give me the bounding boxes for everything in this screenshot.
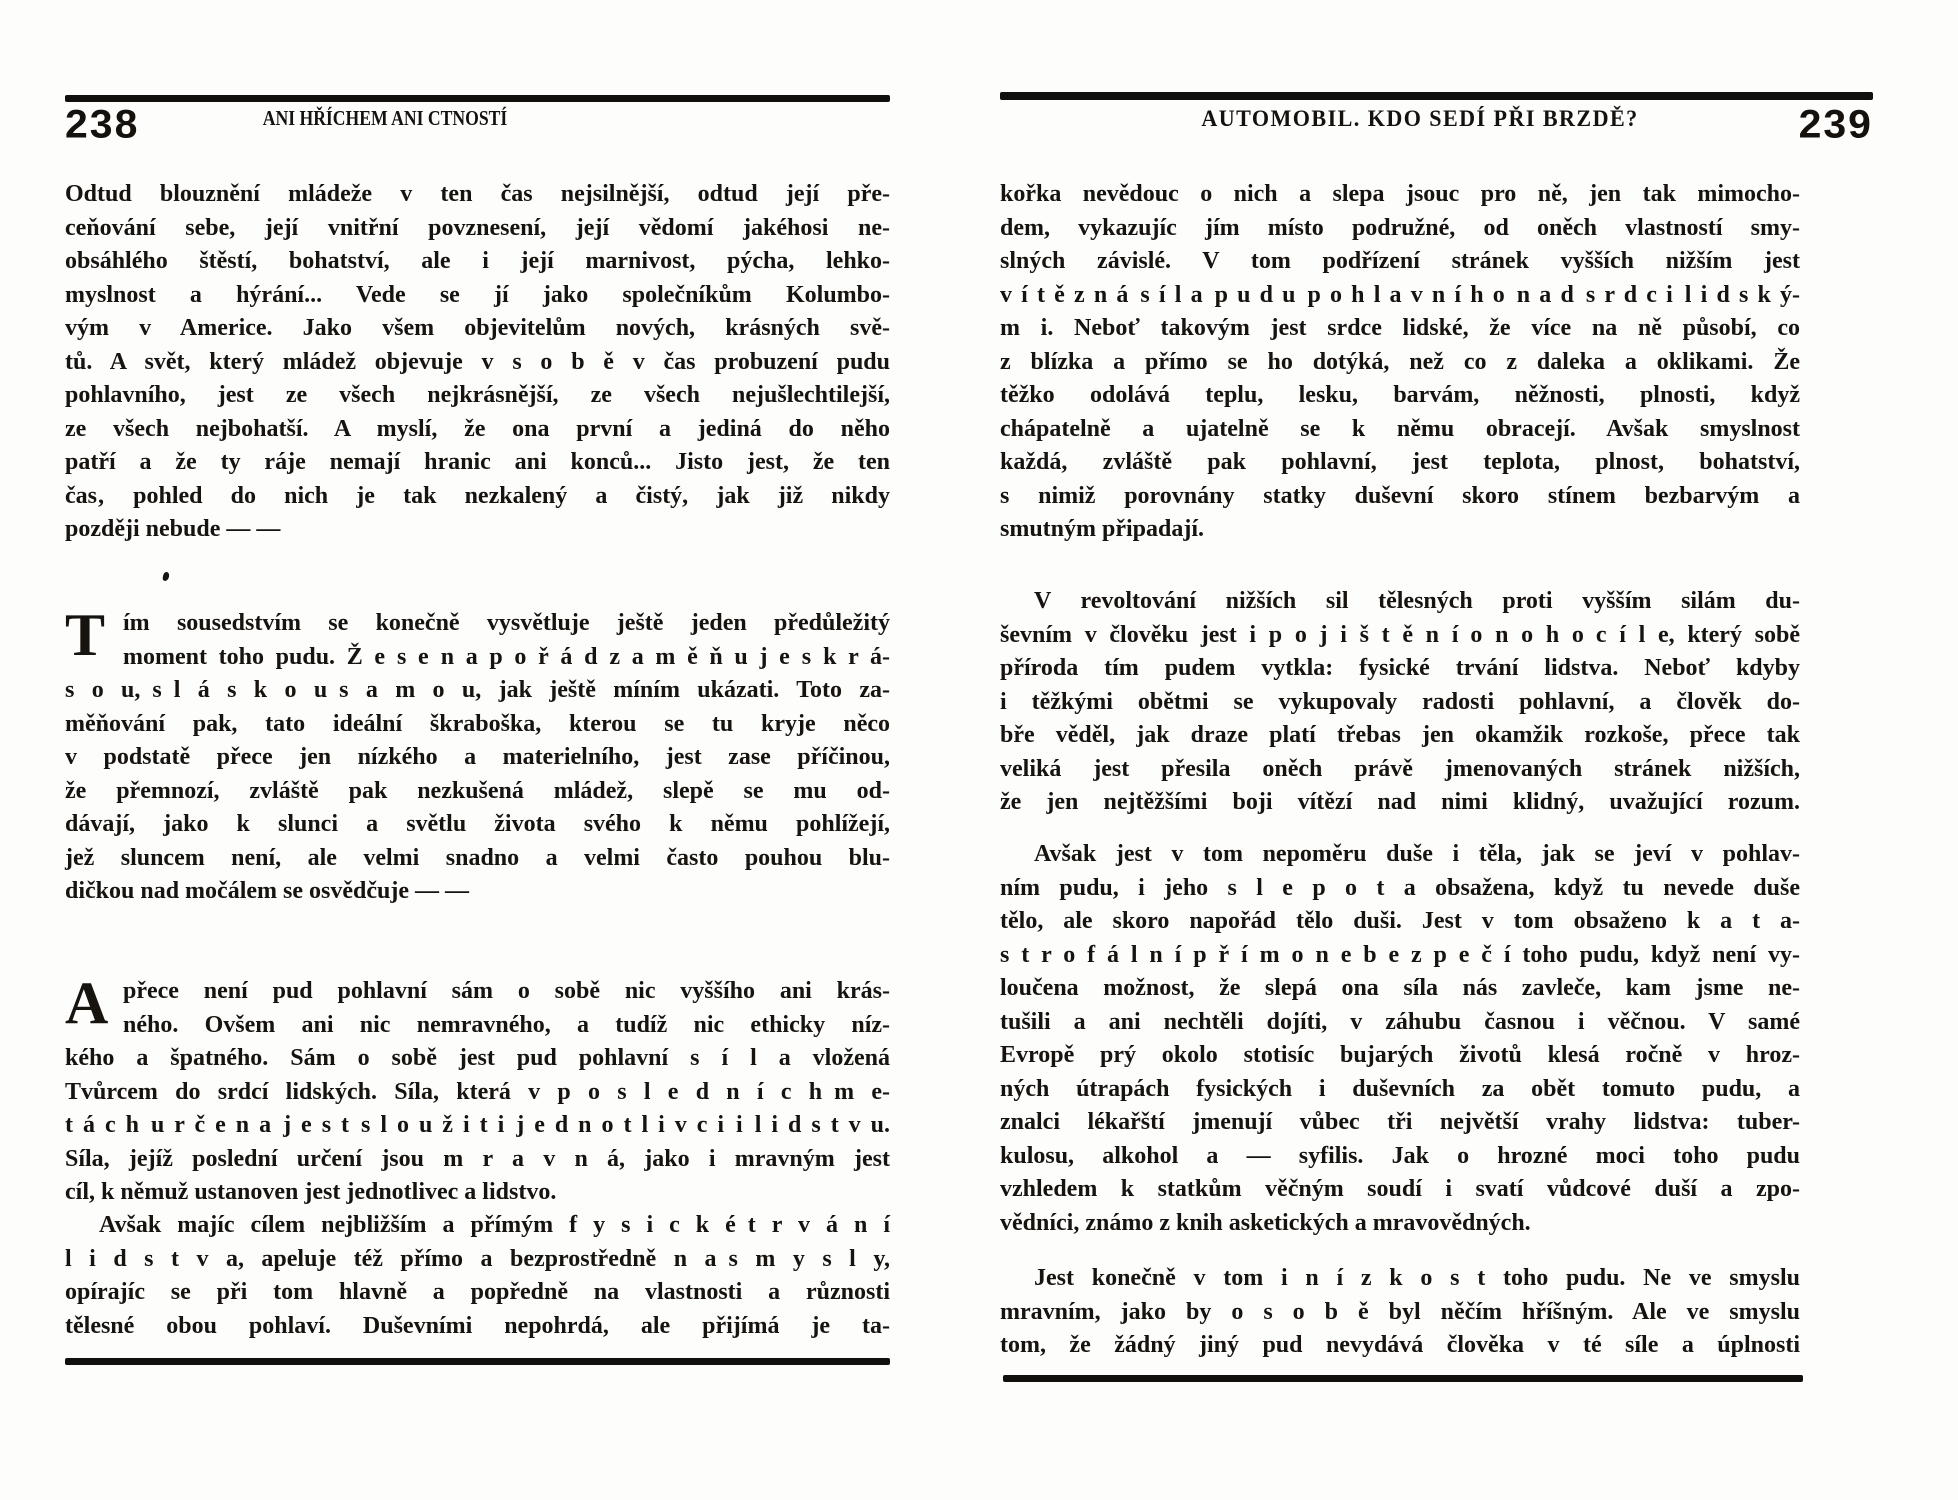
text-line: Avšak majíc cílem nejbližším a přímým f … xyxy=(65,1209,890,1243)
text-line: vzhledem k statkům věčným soudí i svatí … xyxy=(1000,1173,1800,1207)
text-line: přece není pud pohlavní sám o sobě nic v… xyxy=(65,975,890,1009)
text-line: cíl, k němuž ustanoven jest jednotlivec … xyxy=(65,1176,890,1210)
dropcap-letter: T xyxy=(65,604,105,666)
right-page-body: kořka nevědouc o nich a slepa jsouc pro … xyxy=(1000,0,1800,1500)
text-line: vým v Americe. Jako všem objevitelům nov… xyxy=(65,312,890,346)
text-line: Tvůrcem do srdcí lidských. Síla, která v… xyxy=(65,1076,890,1110)
text-line: kořka nevědouc o nich a slepa jsouc pro … xyxy=(1000,178,1800,212)
text-line: v podstatě přece jen nízkého a materieln… xyxy=(65,741,890,775)
text-line: i těžkými obětmi se vykupovaly radosti p… xyxy=(1000,686,1800,720)
paragraph: Tím sousedstvím se konečně vysvětluje je… xyxy=(65,607,890,909)
text-line: mravním, jako by o s o b ě byl něčím hří… xyxy=(1000,1296,1800,1330)
footer-rule-right xyxy=(1003,1375,1803,1382)
text-line: znalci lékařští jmenují vůbec tři největ… xyxy=(1000,1106,1800,1140)
text-line: s nimiž porovnány statky duševní skoro s… xyxy=(1000,480,1800,514)
page-left: 238 ANI HŘÍCHEM ANI CTNOSTÍ Odtud blouzn… xyxy=(65,0,890,1500)
text-line: pohlavního, jest ze všech nejkrásnější, … xyxy=(65,379,890,413)
page-right: AUTOMOBIL. KDO SEDÍ PŘI BRZDĚ? 239 kořka… xyxy=(1000,0,1873,1500)
text-line: patří a že ty ráje nemají hranic ani kon… xyxy=(65,446,890,480)
text-line: v í t ě z n á s í l a p u d u p o h l a … xyxy=(1000,279,1800,313)
text-line: opírajíc se při tom hlavně a popředně na… xyxy=(65,1276,890,1310)
text-line: tělesné obou pohlaví. Duševními nepohrdá… xyxy=(65,1310,890,1344)
paragraph: kořka nevědouc o nich a slepa jsouc pro … xyxy=(1000,178,1800,547)
text-line: veliká jest přesila oněch právě jmenovan… xyxy=(1000,753,1800,787)
text-line: tom, že žádný jiný pud nevydává člověka … xyxy=(1000,1329,1800,1363)
text-line: l i d s t v a, apeluje též přímo a bezpr… xyxy=(65,1243,890,1277)
text-line: Jest konečně v tom i n í z k o s t toho … xyxy=(1000,1262,1800,1296)
paragraph: V revoltování nižších sil tělesných prot… xyxy=(1000,585,1800,820)
text-line: tělo, ale skoro napořád tělo duši. Jest … xyxy=(1000,905,1800,939)
text-line: s o u, s l á s k o u s a m o u, jak ješt… xyxy=(65,674,890,708)
text-line: každá, zvláště pak pohlavní, jest teplot… xyxy=(1000,446,1800,480)
text-line: myslnost a hýrání... Vede se jí jako spo… xyxy=(65,279,890,313)
text-line: moment toho pudu. Ž e s e n a p o ř á d … xyxy=(65,641,890,675)
text-line: Síla, jejíž poslední určení jsou m r a v… xyxy=(65,1143,890,1177)
text-line: vědníci, známo z knih asketických a mrav… xyxy=(1000,1207,1800,1241)
text-line: slných závislé. V tom podřízení stránek … xyxy=(1000,245,1800,279)
text-line: dem, vykazujíc jím místo podružné, od on… xyxy=(1000,212,1800,246)
text-line: loučena možnost, že slepá ona síla nás z… xyxy=(1000,972,1800,1006)
text-line: měňování pak, tato ideální škraboška, kt… xyxy=(65,708,890,742)
book-spread: 238 ANI HŘÍCHEM ANI CTNOSTÍ Odtud blouzn… xyxy=(0,0,1958,1500)
paragraph: Odtud blouznění mládeže v ten čas nejsil… xyxy=(65,178,890,547)
dropcap-letter: A xyxy=(65,972,108,1034)
text-line: dičkou nad močálem se osvědčuje — — xyxy=(65,875,890,909)
text-line: tů. A svět, který mládež objevuje v s o … xyxy=(65,346,890,380)
text-line: tušili a ani nechtěli dojíti, v záhubu č… xyxy=(1000,1006,1800,1040)
text-line: ze všech nejbohatší. A myslí, že ona prv… xyxy=(65,413,890,447)
text-line: ím sousedstvím se konečně vysvětluje ješ… xyxy=(65,607,890,641)
text-line: Evropě prý okolo stotisíc bujarých život… xyxy=(1000,1039,1800,1073)
paragraph: Jest konečně v tom i n í z k o s t toho … xyxy=(1000,1262,1800,1363)
paragraph: Apřece není pud pohlavní sám o sobě nic … xyxy=(65,975,890,1210)
text-line: kulosu, alkohol a — syfilis. Jak o hrozn… xyxy=(1000,1140,1800,1174)
text-line: t á c h u r č e n a j e s t s l o u ž i … xyxy=(65,1109,890,1143)
text-line: ných útrapách fysických i duševních za o… xyxy=(1000,1073,1800,1107)
left-page-body: Odtud blouznění mládeže v ten čas nejsil… xyxy=(65,0,890,1500)
text-line: ním pudu, i jeho s l e p o t a obsažena,… xyxy=(1000,872,1800,906)
text-line: s t r o f á l n í p ř í m o n e b e z p … xyxy=(1000,939,1800,973)
text-line: bře věděl, jak draze platí třebas jen ok… xyxy=(1000,719,1800,753)
text-line: z blízka a přímo se ho dotýká, než co z … xyxy=(1000,346,1800,380)
paragraph: Avšak majíc cílem nejbližším a přímým f … xyxy=(65,1209,890,1343)
text-line: jež sluncem není, ale velmi snadno a vel… xyxy=(65,842,890,876)
text-line: dávají, jako k slunci a světlu života sv… xyxy=(65,808,890,842)
text-line: že přemnozí, zvláště pak nezkušená mláde… xyxy=(65,775,890,809)
text-line: příroda tím pudem vytkla: fysické trvání… xyxy=(1000,652,1800,686)
text-line: Avšak jest v tom nepoměru duše i těla, j… xyxy=(1000,838,1800,872)
text-line: Odtud blouznění mládeže v ten čas nejsil… xyxy=(65,178,890,212)
paragraph: Avšak jest v tom nepoměru duše i těla, j… xyxy=(1000,838,1800,1240)
text-line: ševním v člověku jest i p o j i š t ě n … xyxy=(1000,619,1800,653)
text-line: těžko odolává teplu, lesku, barvám, něžn… xyxy=(1000,379,1800,413)
text-line: V revoltování nižších sil tělesných prot… xyxy=(1000,585,1800,619)
text-line: kého a špatného. Sám o sobě jest pud poh… xyxy=(65,1042,890,1076)
text-line: ného. Ovšem ani nic nemravného, a tudíž … xyxy=(65,1009,890,1043)
text-line: chápatelně a ujatelně se k němu obracejí… xyxy=(1000,413,1800,447)
footer-rule-left xyxy=(65,1358,890,1365)
text-line: obsáhlého štěstí, bohatství, ale i její … xyxy=(65,245,890,279)
text-line: smutným připadají. xyxy=(1000,513,1800,547)
text-line: ceňování sebe, její vnitřní povznesení, … xyxy=(65,212,890,246)
text-line: m i. Neboť takovým jest srdce lidské, že… xyxy=(1000,312,1800,346)
text-line: později nebude — — xyxy=(65,513,890,547)
text-line: že jen nejtěžšími boji vítězí nad nimi k… xyxy=(1000,786,1800,820)
page-number-right: 239 xyxy=(1799,104,1873,144)
text-line: čas‚ pohled do nich je tak nezkalený a č… xyxy=(65,480,890,514)
